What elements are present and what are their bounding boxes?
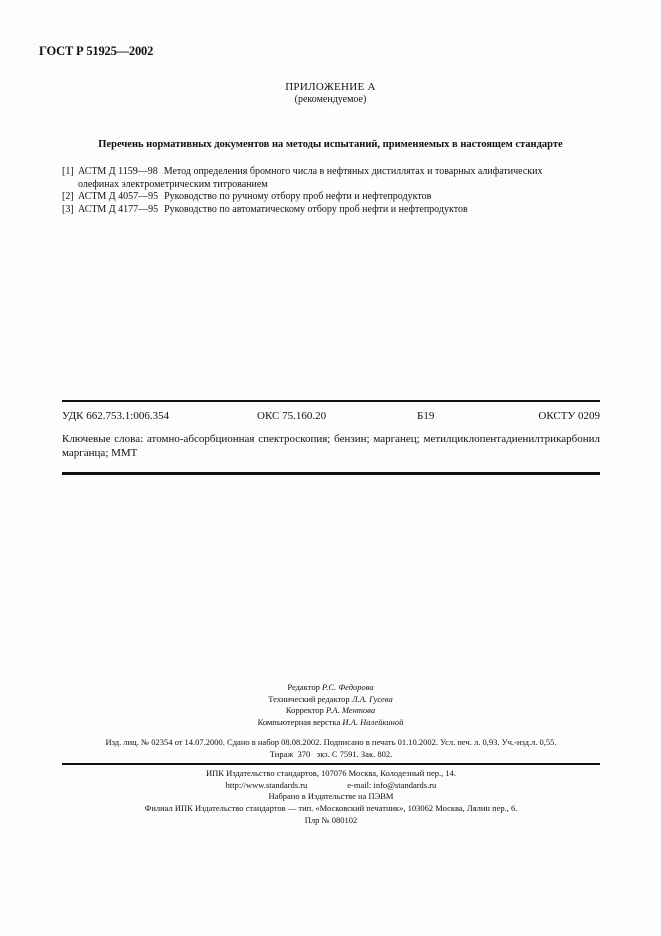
appendix-subtitle: (рекомендуемое) bbox=[0, 94, 661, 105]
reference-number: [2] bbox=[62, 191, 78, 204]
credit-line: Редактор Р.С. Федорова bbox=[0, 682, 661, 694]
publisher-email[interactable]: e-mail: info@standards.ru bbox=[347, 780, 436, 790]
divider-bottom bbox=[62, 763, 600, 765]
imprint: Изд. лиц. № 02354 от 14.07.2000. Сдано в… bbox=[62, 736, 600, 760]
appendix-title: ПРИЛОЖЕНИЕ А bbox=[0, 81, 661, 93]
reference-code: АСТМ Д 4177—95 bbox=[78, 204, 158, 217]
credit-role: Редактор bbox=[287, 682, 320, 692]
credit-line: Технический редактор Л.А. Гусева bbox=[0, 694, 661, 706]
references-list: [1] АСТМ Д 1159—98 Метод определения бро… bbox=[62, 166, 607, 216]
credit-role: Компьютерная верстка bbox=[258, 717, 341, 727]
reference-title: Руководство по ручному отбору проб нефти… bbox=[164, 191, 607, 204]
publisher-website[interactable]: http://www.standards.ru bbox=[226, 780, 308, 790]
credit-name: Р.С. Федорова bbox=[322, 682, 374, 692]
reference-title: Метод определения бромного числа в нефтя… bbox=[164, 166, 607, 179]
reference-item: [3] АСТМ Д 4177—95 Руководство по автома… bbox=[62, 204, 607, 217]
standard-id: ГОСТ Р 51925—2002 bbox=[39, 44, 153, 59]
credit-role: Технический редактор bbox=[268, 694, 349, 704]
license-number: Плр № 080102 bbox=[62, 815, 600, 827]
divider-top bbox=[62, 400, 600, 402]
group-code: Б19 bbox=[417, 410, 517, 422]
imprint-line-2: Тираж 370 экз. С 7591. Зак. 802. bbox=[62, 748, 600, 760]
credit-name: Л.А. Гусева bbox=[352, 694, 393, 704]
reference-number: [3] bbox=[62, 204, 78, 217]
publisher-info: ИПК Издательство стандартов, 107076 Моск… bbox=[62, 768, 600, 827]
credit-role: Корректор bbox=[286, 705, 324, 715]
references-heading: Перечень нормативных документов на метод… bbox=[0, 139, 661, 150]
credit-name: И.А. Налейкиной bbox=[342, 717, 403, 727]
reference-item: [2] АСТМ Д 4057—95 Руководство по ручном… bbox=[62, 191, 607, 204]
credit-line: Компьютерная верстка И.А. Налейкиной bbox=[0, 717, 661, 729]
udk-code: УДК 662.753.1:006.354 bbox=[62, 410, 257, 422]
divider-middle bbox=[62, 472, 600, 475]
publisher-contacts: http://www.standards.rue-mail: info@stan… bbox=[62, 780, 600, 792]
credits: Редактор Р.С. Федорова Технический редак… bbox=[0, 682, 661, 728]
typeset-note: Набрано в Издательстве на ПЭВМ bbox=[62, 791, 600, 803]
reference-code: АСТМ Д 1159—98 bbox=[78, 166, 158, 179]
branch-address: Филиал ИПК Издательство стандартов — тип… bbox=[62, 803, 600, 815]
reference-item: [1] АСТМ Д 1159—98 Метод определения бро… bbox=[62, 166, 607, 179]
oks-code: ОКС 75.160.20 bbox=[257, 410, 417, 422]
okstu-code: ОКСТУ 0209 bbox=[517, 410, 600, 422]
classification-row: УДК 662.753.1:006.354 ОКС 75.160.20 Б19 … bbox=[62, 410, 600, 422]
imprint-line-1: Изд. лиц. № 02354 от 14.07.2000. Сдано в… bbox=[62, 736, 600, 748]
credit-name: Р.А. Ментова bbox=[326, 705, 375, 715]
reference-number: [1] bbox=[62, 166, 78, 179]
reference-title: Руководство по автоматическому отбору пр… bbox=[164, 204, 607, 217]
reference-title-continuation: олефинах электрометрическим титрованием bbox=[62, 179, 607, 192]
credit-line: Корректор Р.А. Ментова bbox=[0, 705, 661, 717]
publisher-address: ИПК Издательство стандартов, 107076 Моск… bbox=[62, 768, 600, 780]
reference-code: АСТМ Д 4057—95 bbox=[78, 191, 158, 204]
keywords: Ключевые слова: атомно-абсорбционная спе… bbox=[62, 432, 600, 460]
